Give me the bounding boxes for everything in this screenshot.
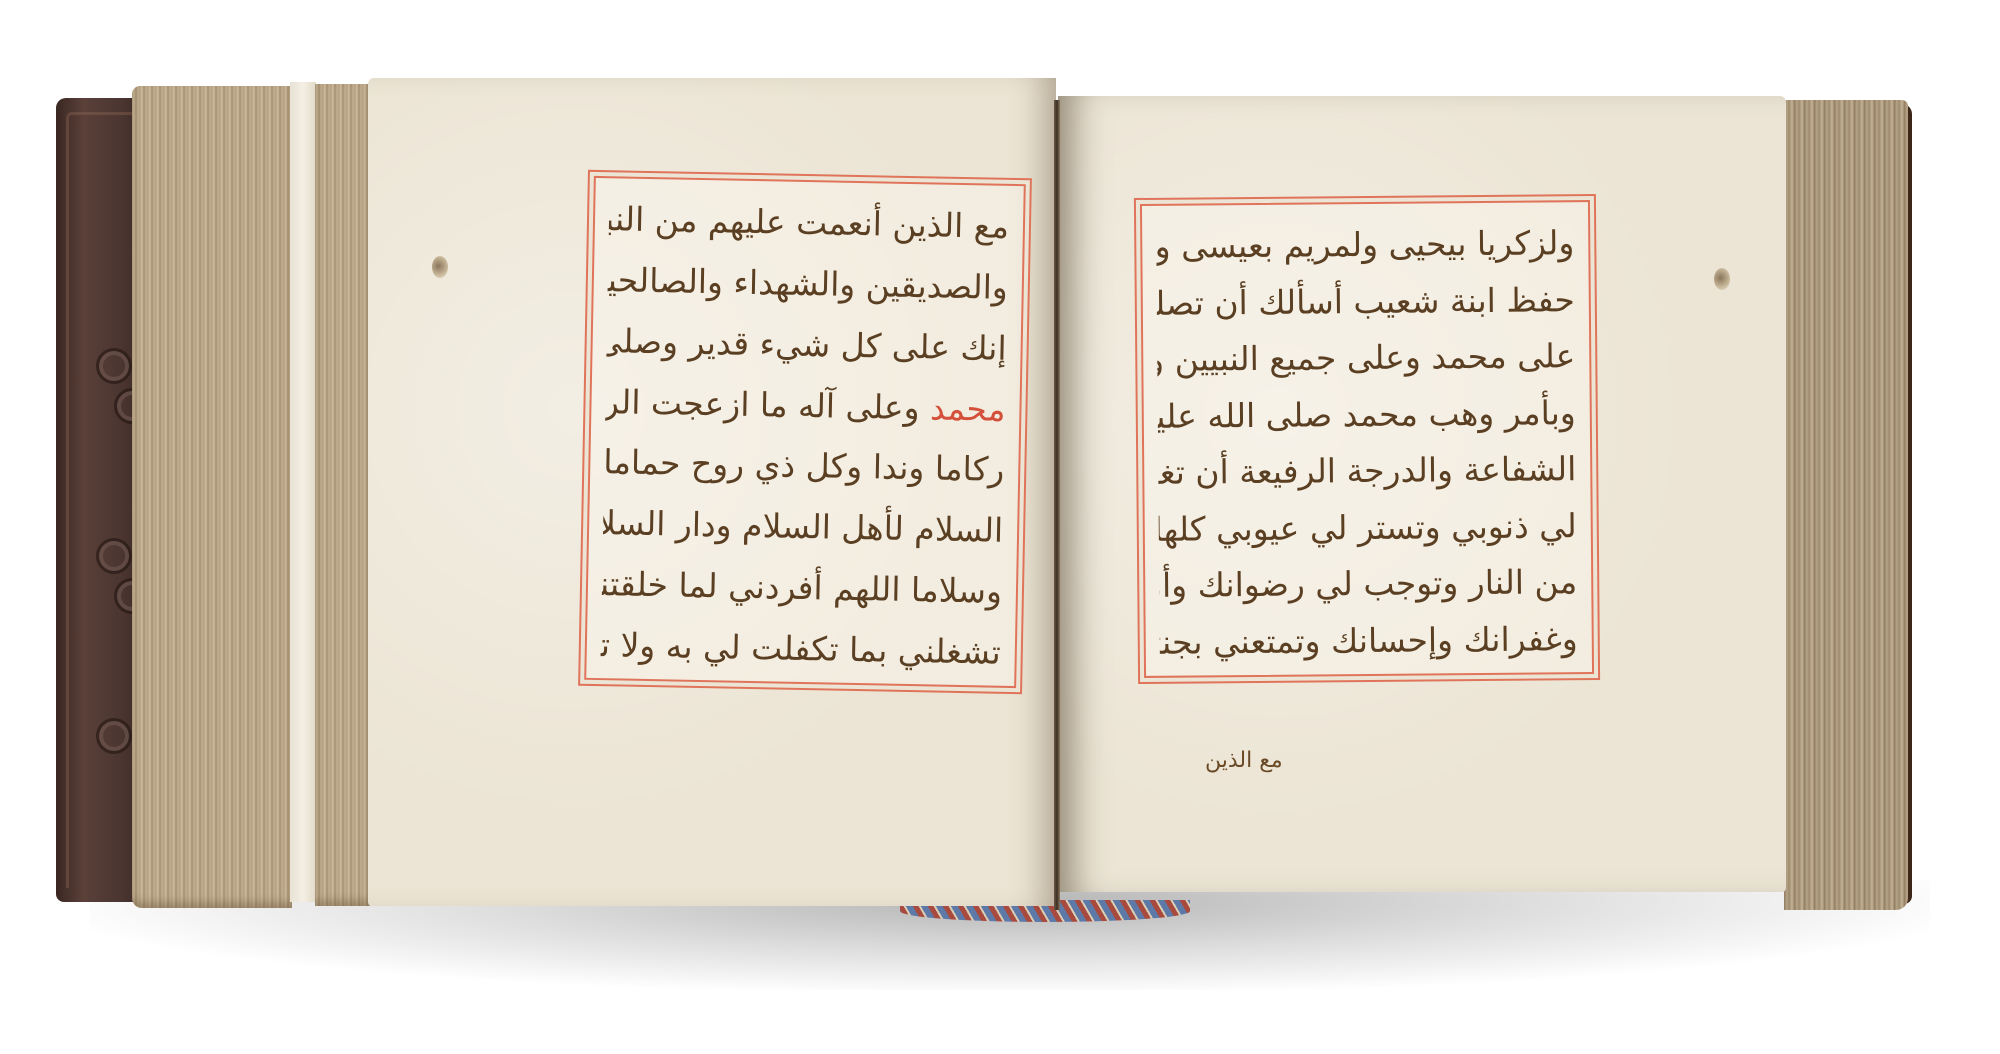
text-line: وغفرانك وإحسانك وتمتعني بجنتك [1160,616,1578,666]
flyleaf-edge [290,82,316,902]
right-text-block: ولزكريا بيحيى ولمريم بعيسى وبا حفظ ابنة … [1156,220,1578,666]
text-line: الشفاعة والدرجة الرفيعة أن تغفر [1158,446,1576,496]
text-line: ركاما وندا وكل ذي روح حماما وأوصل [604,440,1005,494]
tooled-knot-ornament-icon [96,348,132,384]
text-line: مع الذين أنعمت عليهم من النبيين [609,196,1010,250]
worm-hole [1714,268,1730,290]
text-line-start: وبأمر وهب محمد صلى الله عليه وسلم [1158,393,1576,437]
worm-hole [432,256,448,278]
tooled-knot-ornament-icon [96,538,132,574]
gutter [1054,100,1060,910]
text-line: محمد وعلى آله ما ازعجت الرياح سحابا [605,379,1006,433]
text-line: على محمد وعلى جميع النبيين والمرسلين [1157,333,1575,383]
text-line: إنك على كل شيء قدير وصلى الله على [606,318,1007,372]
text-line: وسلاما اللهم أفردني لما خلقتني له ولا [602,561,1003,615]
text-line: السلام لأهل السلام ودار السلام تحية [603,500,1004,554]
text-line: حفظ ابنة شعيب أسألك أن تصلي [1157,277,1575,327]
text-line-rest: وعلى آله ما ازعجت الرياح سحابا [605,379,920,427]
rubric-word-red: محمد [930,388,1006,428]
catchword: مع الذين [1205,748,1283,773]
text-line: ولزكريا بيحيى ولمريم بعيسى وبا [1156,220,1574,270]
page-stack-right [1784,100,1908,910]
text-line: والصديقين والشهداء والصالحين [607,257,1008,311]
text-line: وبأمر وهب محمد صلى الله عليه وسلم محمد [1158,390,1576,440]
text-line: من النار وتوجب لي رضوانك وأمانك [1159,560,1577,610]
left-text-frame: مع الذين أنعمت عليهم من النبيين والصديقي… [584,176,1026,688]
text-line: لي ذنوبي وتستر لي عيوبي كلها وتجيرني [1159,503,1577,553]
tooled-knot-ornament-icon [96,718,132,754]
text-line: تشغلني بما تكفلت لي به ولا تحرمني [600,622,1001,676]
page-stack-left [132,86,292,908]
left-text-block: مع الذين أنعمت عليهم من النبيين والصديقي… [600,196,1009,676]
right-text-frame: ولزكريا بيحيى ولمريم بعيسى وبا حفظ ابنة … [1140,200,1594,678]
page-stack-left-inner [315,84,370,906]
